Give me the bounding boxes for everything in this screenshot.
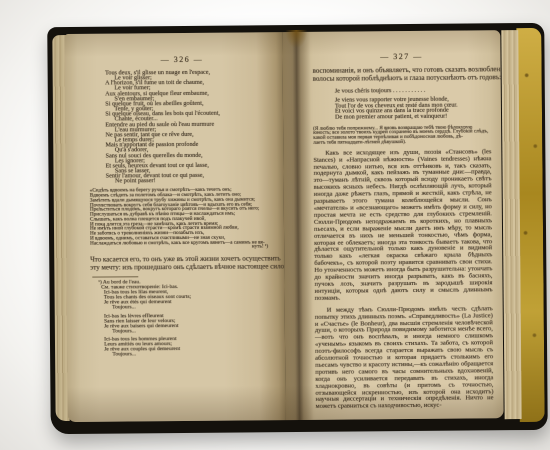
page-stack-right xyxy=(501,30,521,419)
book: — 326 — Tous deux, s'il glisse un nuage … xyxy=(47,23,548,434)
right-page-number: — 327 — xyxy=(312,51,490,62)
right-body-opening: воспоминанія, и онъ объявляетъ, что гото… xyxy=(313,66,491,83)
left-body-text: Что касается его, то онъ уже въ этой жиз… xyxy=(90,256,276,272)
left-page-content: — 326 — Tous deux, s'il glisse un nuage … xyxy=(65,32,285,421)
paragraph-long-poems: И между тѣмъ Сюлли-Прюдомъ имѣлъ честь с… xyxy=(315,306,494,411)
left-page-number: — 326 — xyxy=(89,54,275,64)
quote-russian-translation: (Я люблю тебя попрежнему... Я вновь возв… xyxy=(313,125,491,146)
footnote-rule xyxy=(92,277,138,278)
open-pages: — 326 — Tous deux, s'il glisse un nuage … xyxy=(64,30,503,422)
photo-background: — 326 — Tous deux, s'il glisse un nuage … xyxy=(0,0,550,450)
french-quote: Je vous chéris toujours . . . . . . . . … xyxy=(335,87,491,120)
french-poem-au-bord-de-leau: Tous deux, s'il glisse un nuage en l'esp… xyxy=(105,69,276,183)
right-page-content: — 327 — воспоминанія, и онъ объявляетъ, … xyxy=(282,30,503,420)
footnote-ici-bas: ¹) Au bord de l'eau. См. также стихотвор… xyxy=(98,280,276,358)
left-page: — 326 — Tous deux, s'il glisse un nuage … xyxy=(64,32,285,422)
paragraph-stances-criticism: Какъ все исходящее изъ души, поэзія «Ста… xyxy=(313,149,492,302)
russian-prose-translation: «Сидѣть вдвоемъ на берегу ручья и смотрѣ… xyxy=(90,188,276,251)
right-page: — 327 — воспоминанія, и онъ объявляетъ, … xyxy=(282,30,503,420)
